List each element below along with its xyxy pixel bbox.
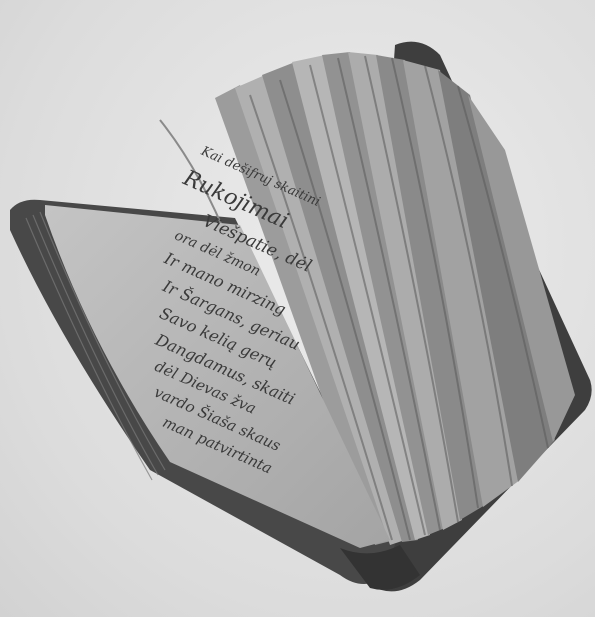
- book-illustration: Kai dešifruj skaitini Rukojimai Viešpati…: [0, 0, 595, 617]
- book-photograph: Kai dešifruj skaitini Rukojimai Viešpati…: [0, 0, 595, 617]
